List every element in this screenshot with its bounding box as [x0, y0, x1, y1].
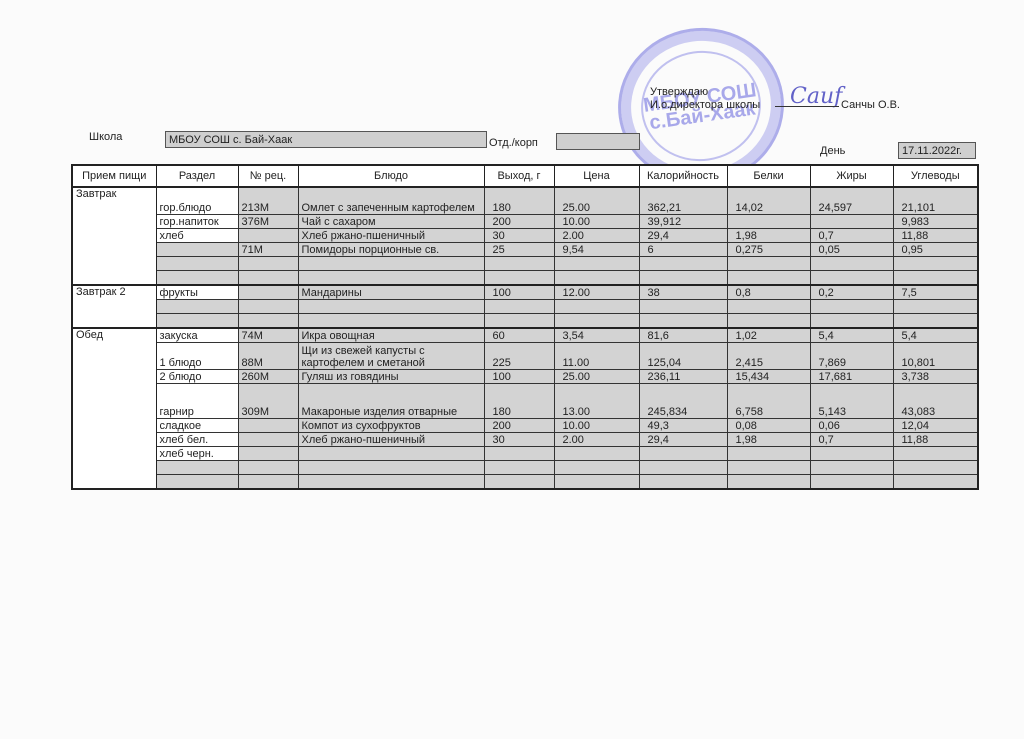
meal-cell: Завтрак 2 [72, 285, 156, 328]
section-cell [156, 243, 238, 257]
fat-cell [810, 271, 893, 286]
carbs-cell: 43,083 [893, 384, 978, 419]
kcal-cell: 49,3 [639, 419, 727, 433]
price-cell: 2.00 [554, 229, 639, 243]
price-cell: 25.00 [554, 187, 639, 215]
protein-cell: 1,98 [727, 433, 810, 447]
kcal-cell: 29,4 [639, 433, 727, 447]
fat-cell: 0,7 [810, 229, 893, 243]
kcal-cell: 362,21 [639, 187, 727, 215]
recipe-cell [238, 419, 298, 433]
meal-cell: Обед [72, 328, 156, 489]
section-cell [156, 300, 238, 314]
director-name: Санчы О.В. [841, 99, 900, 111]
carbs-cell [893, 300, 978, 314]
price-cell: 13.00 [554, 384, 639, 419]
yield-cell: 200 [484, 215, 554, 229]
yield-cell: 60 [484, 328, 554, 343]
recipe-cell: 309М [238, 384, 298, 419]
protein-cell [727, 300, 810, 314]
protein-cell [727, 475, 810, 490]
protein-cell [727, 257, 810, 271]
carbs-cell: 5,4 [893, 328, 978, 343]
dish-cell: Помидоры порционные св. [298, 243, 484, 257]
section-cell [156, 475, 238, 490]
kcal-cell [639, 475, 727, 490]
yield-cell: 100 [484, 370, 554, 384]
table-row [72, 314, 978, 329]
protein-cell: 14,02 [727, 187, 810, 215]
menu-table: Прием пищи Раздел № рец. Блюдо Выход, г … [71, 164, 979, 490]
table-row: хлебХлеб ржано-пшеничный302.0029,41,980,… [72, 229, 978, 243]
fat-cell [810, 257, 893, 271]
protein-cell [727, 447, 810, 461]
dish-cell: Компот из сухофруктов [298, 419, 484, 433]
carbs-cell [893, 271, 978, 286]
fat-cell: 0,2 [810, 285, 893, 300]
section-cell [156, 461, 238, 475]
section-cell: сладкое [156, 419, 238, 433]
yield-cell [484, 461, 554, 475]
kcal-cell [639, 314, 727, 329]
recipe-cell [238, 285, 298, 300]
dish-cell: Хлеб ржано-пшеничный [298, 433, 484, 447]
carbs-cell [893, 475, 978, 490]
kcal-cell [639, 300, 727, 314]
col-header: Цена [554, 165, 639, 187]
carbs-cell: 10,801 [893, 343, 978, 370]
yield-cell: 30 [484, 229, 554, 243]
col-header: Блюдо [298, 165, 484, 187]
yield-cell [484, 314, 554, 329]
yield-cell: 25 [484, 243, 554, 257]
carbs-cell: 12,04 [893, 419, 978, 433]
dish-cell: Гуляш из говядины [298, 370, 484, 384]
recipe-cell: 376М [238, 215, 298, 229]
yield-cell: 180 [484, 187, 554, 215]
table-row [72, 257, 978, 271]
dish-cell [298, 300, 484, 314]
kcal-cell: 38 [639, 285, 727, 300]
table-row: хлеб черн. [72, 447, 978, 461]
dish-cell [298, 447, 484, 461]
fat-cell [810, 300, 893, 314]
price-cell: 9,54 [554, 243, 639, 257]
section-cell: гарнир [156, 384, 238, 419]
protein-cell: 0,8 [727, 285, 810, 300]
dish-cell: Макароные изделия отварные [298, 384, 484, 419]
protein-cell [727, 461, 810, 475]
carbs-cell [893, 314, 978, 329]
fat-cell: 7,869 [810, 343, 893, 370]
price-cell [554, 461, 639, 475]
fat-cell: 17,681 [810, 370, 893, 384]
kcal-cell: 29,4 [639, 229, 727, 243]
kcal-cell [639, 257, 727, 271]
price-cell: 10.00 [554, 419, 639, 433]
kcal-cell [639, 461, 727, 475]
dish-cell: Мандарины [298, 285, 484, 300]
protein-cell: 6,758 [727, 384, 810, 419]
yield-cell [484, 300, 554, 314]
col-header: Белки [727, 165, 810, 187]
section-cell: гор.блюдо [156, 187, 238, 215]
recipe-cell: 71М [238, 243, 298, 257]
carbs-cell: 7,5 [893, 285, 978, 300]
fat-cell: 0,05 [810, 243, 893, 257]
recipe-cell [238, 257, 298, 271]
protein-cell [727, 215, 810, 229]
section-cell: хлеб бел. [156, 433, 238, 447]
kcal-cell [639, 271, 727, 286]
table-row [72, 461, 978, 475]
col-header: Прием пищи [72, 165, 156, 187]
dish-cell: Щи из свежей капусты с картофелем и смет… [298, 343, 484, 370]
recipe-cell [238, 229, 298, 243]
yield-cell [484, 257, 554, 271]
yield-cell: 225 [484, 343, 554, 370]
price-cell [554, 300, 639, 314]
price-cell: 11.00 [554, 343, 639, 370]
recipe-cell [238, 461, 298, 475]
fat-cell: 0,7 [810, 433, 893, 447]
table-row: Завтрак 2фруктыМандарины10012.00380,80,2… [72, 285, 978, 300]
section-cell: хлеб черн. [156, 447, 238, 461]
recipe-cell [238, 447, 298, 461]
recipe-cell [238, 314, 298, 329]
protein-cell: 2,415 [727, 343, 810, 370]
price-cell: 12.00 [554, 285, 639, 300]
recipe-cell: 88М [238, 343, 298, 370]
fat-cell: 24,597 [810, 187, 893, 215]
yield-cell: 180 [484, 384, 554, 419]
carbs-cell: 11,88 [893, 433, 978, 447]
price-cell: 25.00 [554, 370, 639, 384]
price-cell [554, 271, 639, 286]
protein-cell [727, 271, 810, 286]
recipe-cell: 260М [238, 370, 298, 384]
protein-cell: 15,434 [727, 370, 810, 384]
section-cell: 2 блюдо [156, 370, 238, 384]
col-header: Выход, г [484, 165, 554, 187]
yield-cell: 100 [484, 285, 554, 300]
col-header: Жиры [810, 165, 893, 187]
price-cell: 10.00 [554, 215, 639, 229]
price-cell [554, 257, 639, 271]
kcal-cell: 236,11 [639, 370, 727, 384]
table-row [72, 271, 978, 286]
yield-cell: 30 [484, 433, 554, 447]
dish-cell [298, 271, 484, 286]
section-cell [156, 314, 238, 329]
kcal-cell [639, 447, 727, 461]
col-header: Раздел [156, 165, 238, 187]
table-row [72, 300, 978, 314]
fat-cell [810, 447, 893, 461]
position-label: И.о.директора школы [650, 99, 760, 111]
recipe-cell: 74М [238, 328, 298, 343]
branch-label: Отд./корп [489, 137, 538, 149]
price-cell: 3,54 [554, 328, 639, 343]
recipe-cell [238, 271, 298, 286]
price-cell [554, 314, 639, 329]
section-cell [156, 271, 238, 286]
dish-cell [298, 461, 484, 475]
section-cell [156, 257, 238, 271]
table-row [72, 475, 978, 490]
recipe-cell: 213М [238, 187, 298, 215]
fat-cell [810, 475, 893, 490]
price-cell [554, 447, 639, 461]
table-row: Завтракгор.блюдо213МОмлет с запеченным к… [72, 187, 978, 215]
branch-field[interactable] [556, 133, 640, 150]
table-row: гор.напиток376МЧай с сахаром20010.0039,9… [72, 215, 978, 229]
price-cell [554, 475, 639, 490]
recipe-cell [238, 475, 298, 490]
yield-cell [484, 475, 554, 490]
table-row: 1 блюдо88МЩи из свежей капусты с картофе… [72, 343, 978, 370]
kcal-cell: 39,912 [639, 215, 727, 229]
protein-cell: 1,02 [727, 328, 810, 343]
section-cell: 1 блюдо [156, 343, 238, 370]
section-cell: гор.напиток [156, 215, 238, 229]
carbs-cell: 9,983 [893, 215, 978, 229]
fat-cell [810, 461, 893, 475]
carbs-cell: 3,738 [893, 370, 978, 384]
yield-cell: 200 [484, 419, 554, 433]
approve-label: Утверждаю [650, 86, 708, 98]
kcal-cell: 245,834 [639, 384, 727, 419]
recipe-cell [238, 433, 298, 447]
day-label: День [820, 145, 845, 157]
recipe-cell [238, 300, 298, 314]
carbs-cell [893, 461, 978, 475]
carbs-cell: 0,95 [893, 243, 978, 257]
school-label: Школа [89, 131, 122, 143]
kcal-cell: 81,6 [639, 328, 727, 343]
carbs-cell: 11,88 [893, 229, 978, 243]
table-header-row: Прием пищи Раздел № рец. Блюдо Выход, г … [72, 165, 978, 187]
table-row: сладкоеКомпот из сухофруктов20010.0049,3… [72, 419, 978, 433]
section-cell: фрукты [156, 285, 238, 300]
protein-cell [727, 314, 810, 329]
dish-cell [298, 314, 484, 329]
signature-line [775, 106, 839, 107]
fat-cell: 5,4 [810, 328, 893, 343]
fat-cell: 0,06 [810, 419, 893, 433]
kcal-cell: 125,04 [639, 343, 727, 370]
school-field[interactable]: МБОУ СОШ с. Бай-Хаак [165, 131, 487, 148]
carbs-cell [893, 447, 978, 461]
yield-cell [484, 271, 554, 286]
table-row: Обедзакуска74МИкра овощная603,5481,61,02… [72, 328, 978, 343]
carbs-cell: 21,101 [893, 187, 978, 215]
meal-cell: Завтрак [72, 187, 156, 285]
protein-cell: 0,08 [727, 419, 810, 433]
dish-cell [298, 257, 484, 271]
table-row: 2 блюдо260МГуляш из говядины10025.00236,… [72, 370, 978, 384]
dish-cell: Чай с сахаром [298, 215, 484, 229]
fat-cell: 5,143 [810, 384, 893, 419]
kcal-cell: 6 [639, 243, 727, 257]
fat-cell [810, 314, 893, 329]
dish-cell: Икра овощная [298, 328, 484, 343]
dish-cell [298, 475, 484, 490]
day-field[interactable]: 17.11.2022г. [898, 142, 976, 159]
col-header: № рец. [238, 165, 298, 187]
yield-cell [484, 447, 554, 461]
col-header: Углеводы [893, 165, 978, 187]
table-row: хлеб бел.Хлеб ржано-пшеничный302.0029,41… [72, 433, 978, 447]
dish-cell: Хлеб ржано-пшеничный [298, 229, 484, 243]
section-cell: закуска [156, 328, 238, 343]
price-cell: 2.00 [554, 433, 639, 447]
protein-cell: 0,275 [727, 243, 810, 257]
table-row: 71МПомидоры порционные св.259,5460,2750,… [72, 243, 978, 257]
dish-cell: Омлет с запеченным картофелем [298, 187, 484, 215]
section-cell: хлеб [156, 229, 238, 243]
table-row: гарнир309ММакароные изделия отварные1801… [72, 384, 978, 419]
carbs-cell [893, 257, 978, 271]
col-header: Калорийность [639, 165, 727, 187]
protein-cell: 1,98 [727, 229, 810, 243]
fat-cell [810, 215, 893, 229]
